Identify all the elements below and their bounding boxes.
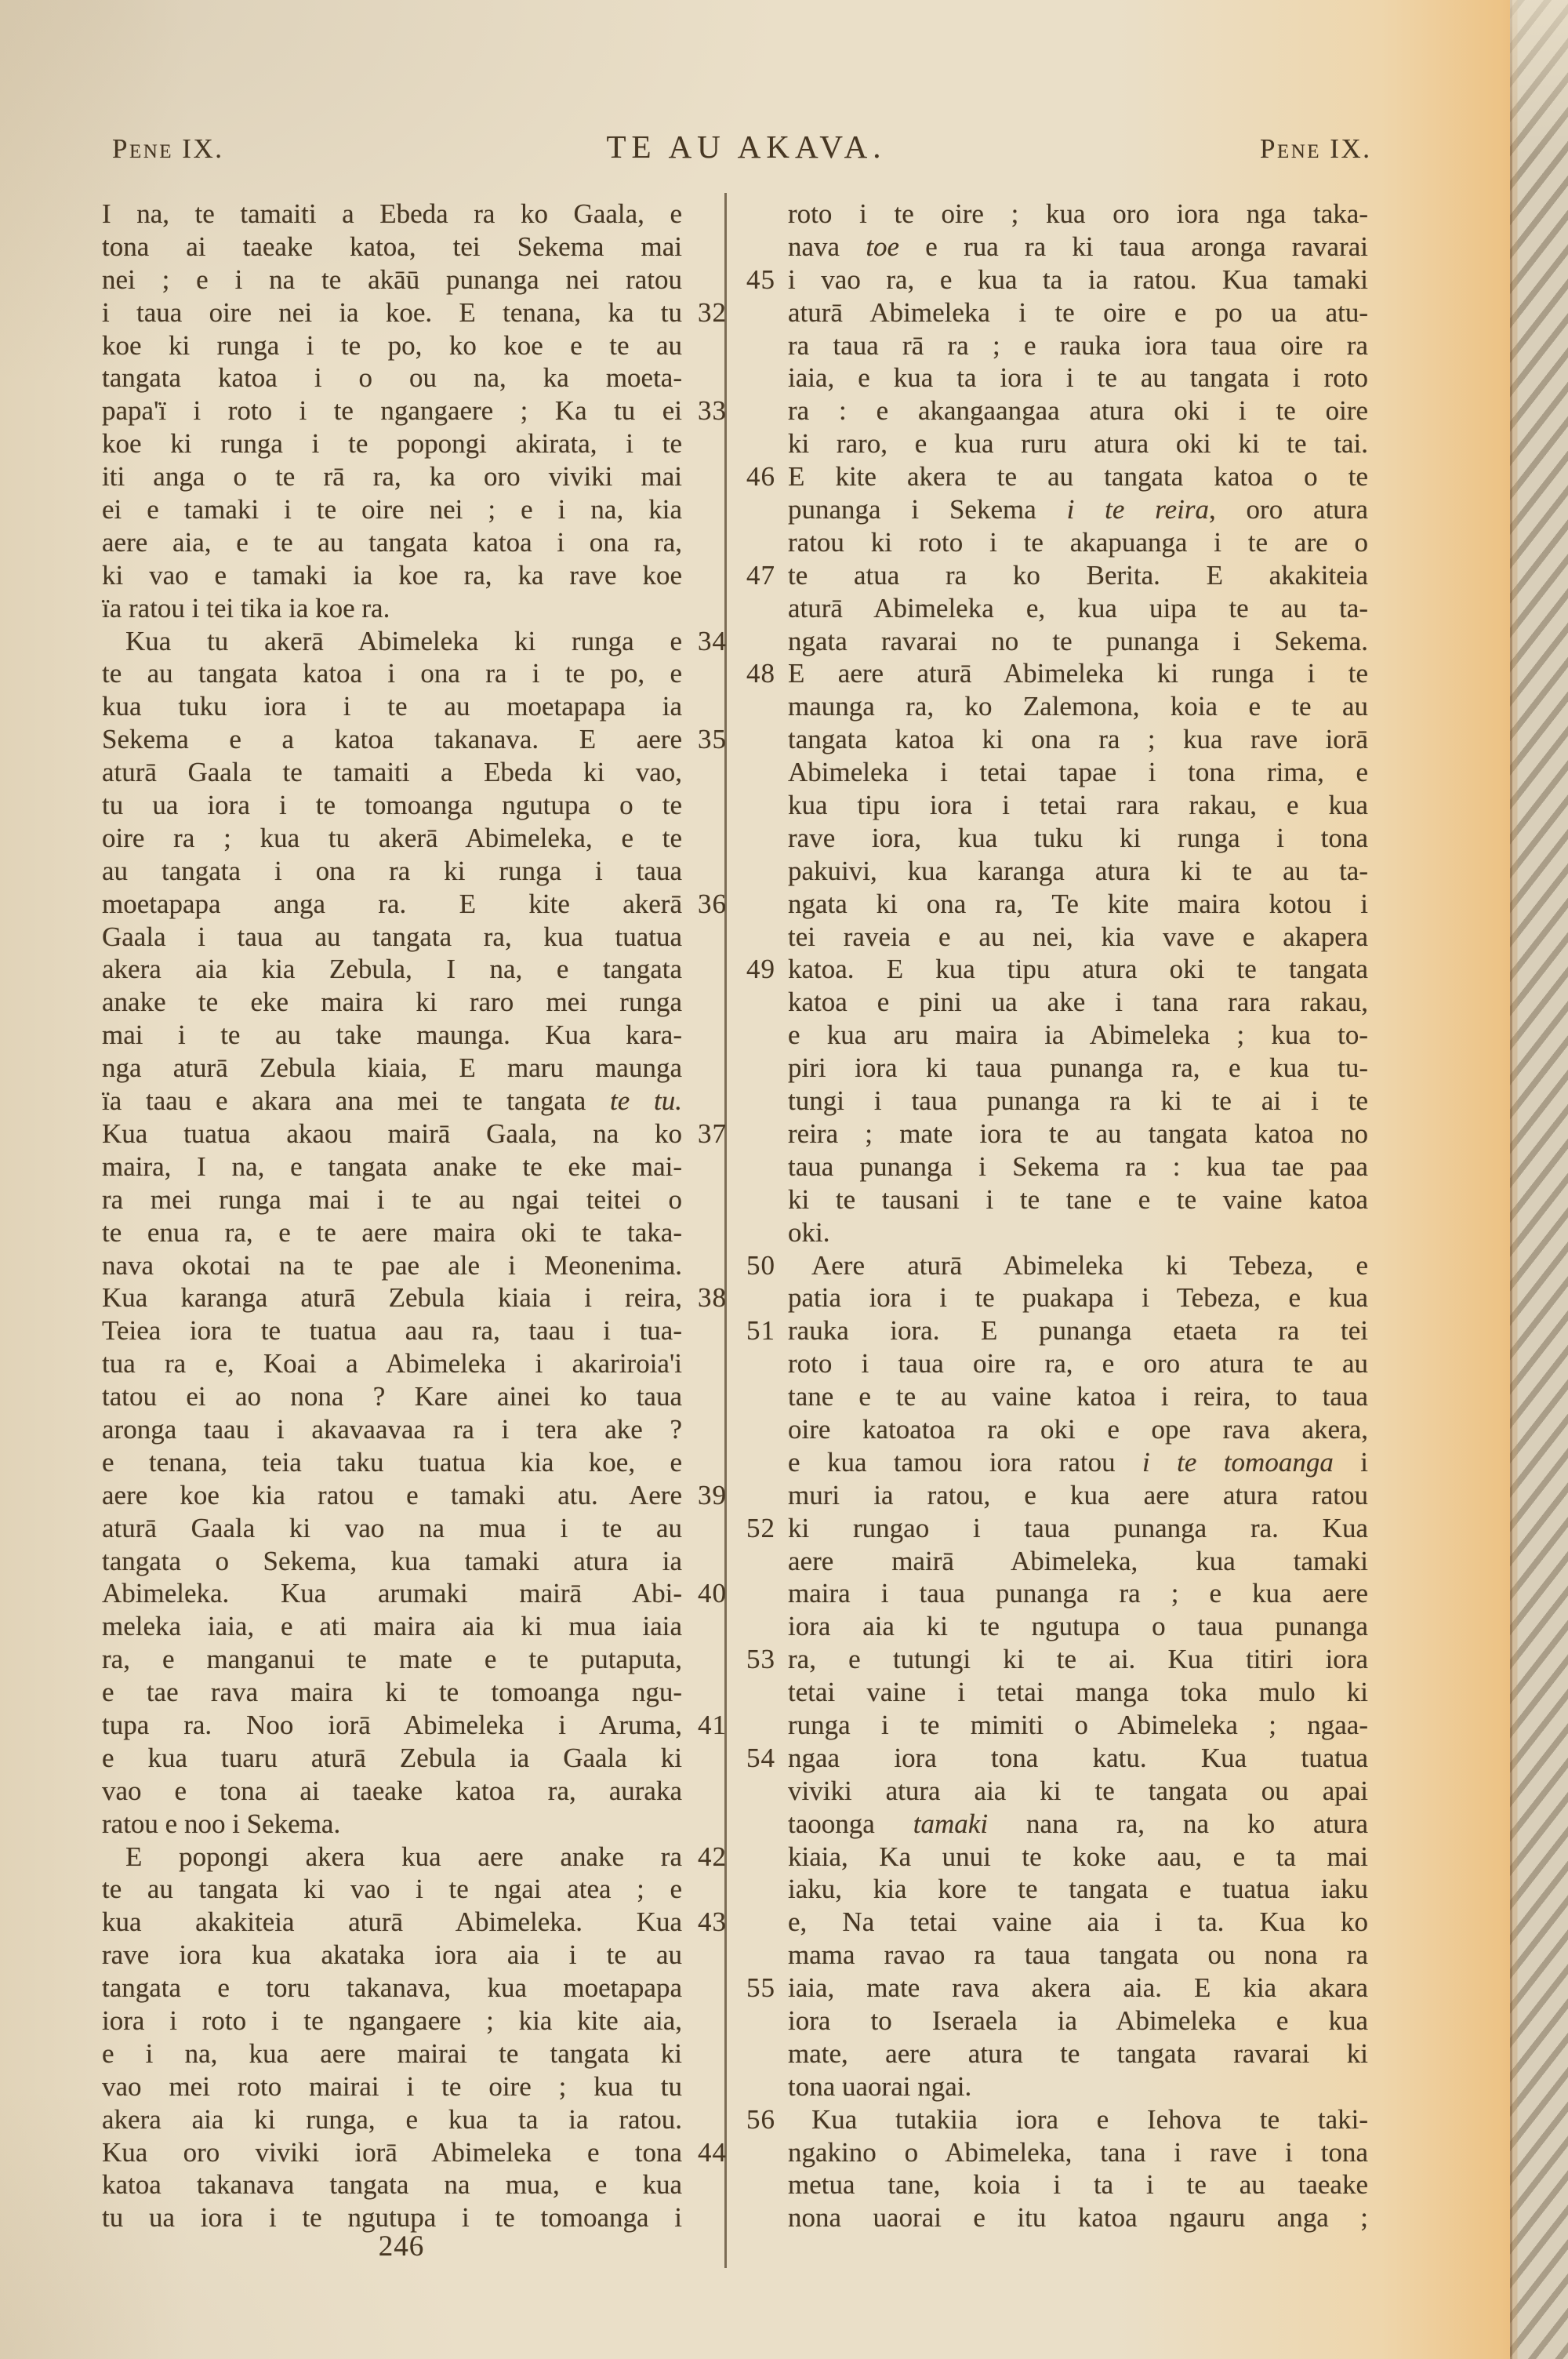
text-line: meleka iaia, e ati maira aia ki mua iaia — [102, 1610, 682, 1643]
text-line: Gaala i taua au tangata ra, kua tuatua — [102, 921, 682, 954]
text-line: koe ki runga i te popongi akirata, i te — [102, 427, 682, 460]
text-line: iora to Iseraela ia Abimeleka e kua — [788, 2005, 1368, 2037]
text-line: Kua tu akerā Abimeleka ki runga e34 — [102, 625, 682, 658]
text-line: e kua tamou iora ratou i te tomoanga i — [788, 1446, 1368, 1479]
text-line: aere koe kia ratou e tamaki atu. Aere39 — [102, 1479, 682, 1512]
text-line: punanga i Sekema i te reira, oro atura — [788, 493, 1368, 526]
text-line: taoonga tamaki nana ra, na ko atura — [788, 1808, 1368, 1841]
verse-number: 41 — [698, 1709, 727, 1742]
text-line: runga i te mimiti o Abimeleka ; ngaa- — [788, 1709, 1368, 1742]
text-line: katoa takanava tangata na mua, e kua — [102, 2168, 682, 2201]
text-line: aturā Abimeleka e, kua uipa te au ta- — [788, 592, 1368, 625]
text-line: maira, I na, e tangata anake te eke mai- — [102, 1150, 682, 1183]
text-line: rave iora kua akataka iora aia i te au — [102, 1939, 682, 1972]
verse-number: 32 — [698, 296, 727, 329]
text-line: E kite akera te au tangata katoa o te46 — [788, 460, 1368, 493]
text-line: tangata katoa i o ou na, ka moeta- — [102, 362, 682, 394]
text-line: tupa ra. Noo iorā Abimeleka i Aruma,41 — [102, 1709, 682, 1742]
text-line: tangata katoa ki ona ra ; kua rave iorā — [788, 723, 1368, 756]
text-line: anake te eke maira ki raro mei runga — [102, 986, 682, 1019]
verse-number: 50 — [746, 1249, 775, 1282]
verse-number: 38 — [698, 1281, 727, 1314]
verse-number: 53 — [746, 1643, 775, 1676]
text-line: vao mei roto mairai i te oire ; kua tu — [102, 2070, 682, 2103]
book-page: Pene IX. TE AU AKAVA. Pene IX. I na, te … — [0, 0, 1568, 2359]
page-number: 246 — [379, 2230, 425, 2263]
text-line: ratou e noo i Sekema. — [102, 1808, 682, 1841]
text-line: ïa taau e akara ana mei te tangata te tu… — [102, 1085, 682, 1118]
text-line: nga aturā Zebula kiaia, E maru maunga — [102, 1052, 682, 1085]
text-line: ra mei runga mai i te au ngai teitei o — [102, 1183, 682, 1216]
text-line: aere aia, e te au tangata katoa i ona ra… — [102, 526, 682, 559]
text-line: Kua tutakiia iora e Iehova te taki-56 — [788, 2103, 1368, 2136]
text-line: oki. — [788, 1216, 1368, 1249]
verse-number: 36 — [698, 888, 727, 921]
text-line: aturā Abimeleka i te oire e po ua atu- — [788, 296, 1368, 329]
text-line: Abimeleka. Kua arumaki mairā Abi-40 — [102, 1577, 682, 1610]
text-line: maira i taua punanga ra ; e kua aere — [788, 1577, 1368, 1610]
verse-number: 48 — [746, 657, 775, 690]
text-line: e tae rava maira ki te tomoanga ngu- — [102, 1676, 682, 1709]
text-line: patia iora i te puakapa i Tebeza, e kua — [788, 1281, 1368, 1314]
text-line: te au tangata ki vao i te ngai atea ; e — [102, 1873, 682, 1906]
text-line: ki raro, e kua ruru atura oki ki te tai. — [788, 427, 1368, 460]
text-line: Kua karanga aturā Zebula kiaia i reira,3… — [102, 1281, 682, 1314]
text-line: ïa ratou i tei tika ia koe ra. — [102, 592, 682, 625]
text-line: nava okotai na te pae ale i Meonenima. — [102, 1249, 682, 1282]
text-line: e kua aru maira ia Abimeleka ; kua to- — [788, 1019, 1368, 1052]
text-line: aere mairā Abimeleka, kua tamaki — [788, 1545, 1368, 1578]
text-line: mama ravao ra taua tangata ou nona ra — [788, 1939, 1368, 1972]
text-line: ki te tausani i te tane e te vaine katoa — [788, 1183, 1368, 1216]
text-line: e tenana, teia taku tuatua kia koe, e — [102, 1446, 682, 1479]
text-line: ra : e akangaangaa atura oki i te oire — [788, 394, 1368, 427]
book-title: TE AU AKAVA. — [606, 128, 886, 165]
text-line: metua tane, koia i ta i te au taeake — [788, 2168, 1368, 2201]
text-line: reira ; mate iora te au tangata katoa no — [788, 1118, 1368, 1150]
verse-number: 56 — [746, 2103, 775, 2136]
text-line: vao e tona ai taeake katoa ra, auraka — [102, 1775, 682, 1808]
text-line: I na, te tamaiti a Ebeda ra ko Gaala, e — [102, 198, 682, 231]
text-line: iaia, mate rava akera aia. E kia akara55 — [788, 1972, 1368, 2005]
text-line: kua akakiteia aturā Abimeleka. Kua43 — [102, 1906, 682, 1939]
text-line: e, Na tetai vaine aia i ta. Kua ko — [788, 1906, 1368, 1939]
text-line: tu ua iora i te tomoanga ngutupa o te — [102, 789, 682, 822]
text-line: Teiea iora te tuatua aau ra, taau i tua- — [102, 1314, 682, 1347]
text-line: taua punanga i Sekema ra : kua tae paa — [788, 1150, 1368, 1183]
text-line: nei ; e i na te akāū punanga nei ratou — [102, 264, 682, 296]
text-line: iaia, e kua ta iora i te au tangata i ro… — [788, 362, 1368, 394]
verse-number: 39 — [698, 1479, 727, 1512]
text-line: akera aia kia Zebula, I na, e tangata — [102, 953, 682, 986]
text-line: ngata ki ona ra, Te kite maira kotou i — [788, 888, 1368, 921]
verse-number: 45 — [746, 264, 775, 296]
text-line: E aere aturā Abimeleka ki runga i te48 — [788, 657, 1368, 690]
verse-number: 43 — [698, 1906, 727, 1939]
column-rule — [724, 193, 727, 2268]
text-line: ki rungao i taua punanga ra. Kua52 — [788, 1512, 1368, 1545]
text-line: tungi i taua punanga ra ki te ai i te — [788, 1085, 1368, 1118]
text-line: Aere aturā Abimeleka ki Tebeza, e50 — [788, 1249, 1368, 1282]
verse-number: 47 — [746, 559, 775, 592]
verse-number: 49 — [746, 953, 775, 986]
text-line: piri iora ki taua punanga ra, e kua tu- — [788, 1052, 1368, 1085]
text-line: tei raveia e au nei, kia vave e akapera — [788, 921, 1368, 954]
text-line: pakuivi, kua karanga atura ki te au ta- — [788, 855, 1368, 888]
text-line: tangata o Sekema, kua tamaki atura ia — [102, 1545, 682, 1578]
text-line: oire ra ; kua tu akerā Abimeleka, e te — [102, 822, 682, 855]
text-line: iora aia ki te ngutupa o taua punanga — [788, 1610, 1368, 1643]
text-line: nona uaorai e itu katoa ngauru anga ; — [788, 2201, 1368, 2234]
text-line: tetai vaine i tetai manga toka mulo ki — [788, 1676, 1368, 1709]
text-line: aturā Gaala te tamaiti a Ebeda ki vao, — [102, 756, 682, 789]
text-line: papa'ï i roto i te ngangaere ; Ka tu ei3… — [102, 394, 682, 427]
text-line: te atua ra ko Berita. E akakiteia47 — [788, 559, 1368, 592]
text-line: Kua tuatua akaou mairā Gaala, na ko37 — [102, 1118, 682, 1150]
text-line: ra, e tutungi ki te ai. Kua titiri iora5… — [788, 1643, 1368, 1676]
text-line: tua ra e, Koai a Abimeleka i akariroia'i — [102, 1347, 682, 1380]
text-line: tane e te au vaine katoa i reira, to tau… — [788, 1380, 1368, 1413]
text-line: ra, e manganui te mate e te putaputa, — [102, 1643, 682, 1676]
verse-number: 52 — [746, 1512, 775, 1545]
text-line: iora i roto i te ngangaere ; kia kite ai… — [102, 2005, 682, 2037]
verse-number: 40 — [698, 1577, 727, 1610]
text-line: rave iora, kua tuku ki runga i tona — [788, 822, 1368, 855]
text-line: moetapapa anga ra. E kite akerā36 — [102, 888, 682, 921]
text-line: nava toe e rua ra ki taua aronga ravarai — [788, 231, 1368, 264]
text-line: mate, aere atura te tangata ravarai ki — [788, 2037, 1368, 2070]
text-line: katoa. E kua tipu atura oki te tangata49 — [788, 953, 1368, 986]
text-line: iti anga o te rā ra, ka oro viviki mai — [102, 460, 682, 493]
verse-number: 33 — [698, 394, 727, 427]
verse-number: 55 — [746, 1972, 775, 2005]
text-line: tona ai taeake katoa, tei Sekema mai — [102, 231, 682, 264]
text-line: aturā Gaala ki vao na mua i te au — [102, 1512, 682, 1545]
text-line: iaku, kia kore te tangata e tuatua iaku — [788, 1873, 1368, 1906]
text-line: akera aia ki runga, e kua ta ia ratou. — [102, 2103, 682, 2136]
text-line: te enua ra, e te aere maira oki te taka- — [102, 1216, 682, 1249]
text-line: oire katoatoa ra oki e ope rava akera, — [788, 1413, 1368, 1446]
text-line: maunga ra, ko Zalemona, koia e te au — [788, 690, 1368, 723]
text-line: Kua oro viviki iorā Abimeleka e tona44 — [102, 2136, 682, 2169]
verse-number: 37 — [698, 1118, 727, 1150]
text-line: katoa e pini ua ake i tana rara rakau, — [788, 986, 1368, 1019]
text-line: au tangata i ona ra ki runga i taua — [102, 855, 682, 888]
text-line: kua tipu iora i tetai rara rakau, e kua — [788, 789, 1368, 822]
verse-number: 42 — [698, 1841, 727, 1874]
verse-number: 54 — [746, 1742, 775, 1775]
text-line: viviki atura aia ki te tangata ou apai — [788, 1775, 1368, 1808]
text-line: tona uaorai ngai. — [788, 2070, 1368, 2103]
verse-number: 51 — [746, 1314, 775, 1347]
text-line: e kua tuaru aturā Zebula ia Gaala ki — [102, 1742, 682, 1775]
text-line: e i na, kua aere mairai te tangata ki — [102, 2037, 682, 2070]
text-line: kua tuku iora i te au moetapapa ia — [102, 690, 682, 723]
right-text-column: roto i te oire ; kua oro iora nga taka-n… — [788, 198, 1368, 2234]
verse-number: 44 — [698, 2136, 727, 2169]
text-line: muri ia ratou, e kua aere atura ratou — [788, 1479, 1368, 1512]
text-line: te au tangata katoa i ona ra i te po, e — [102, 657, 682, 690]
text-line: ratou ki roto i te akapuanga i te are o — [788, 526, 1368, 559]
running-head-left: Pene IX. — [112, 133, 224, 165]
text-line: i vao ra, e kua ta ia ratou. Kua tamaki4… — [788, 264, 1368, 296]
text-line: ngata ravarai no te punanga i Sekema. — [788, 625, 1368, 658]
text-line: roto i taua oire ra, e oro atura te au — [788, 1347, 1368, 1380]
book-fore-edge-pages — [1510, 0, 1568, 2359]
verse-number: 34 — [698, 625, 727, 658]
text-line: roto i te oire ; kua oro iora nga taka- — [788, 198, 1368, 231]
text-line: ra taua rā ra ; e rauka iora taua oire r… — [788, 329, 1368, 362]
text-line: kiaia, Ka unui te koke aau, e ta mai — [788, 1841, 1368, 1874]
text-line: rauka iora. E punanga etaeta ra tei51 — [788, 1314, 1368, 1347]
text-line: tatou ei ao nona ? Kare ainei ko taua — [102, 1380, 682, 1413]
text-line: tangata e toru takanava, kua moetapapa — [102, 1972, 682, 2005]
text-line: ngaa iora tona katu. Kua tuatua54 — [788, 1742, 1368, 1775]
book-scan: Pene IX. TE AU AKAVA. Pene IX. I na, te … — [0, 0, 1568, 2359]
text-line: E popongi akera kua aere anake ra42 — [102, 1841, 682, 1874]
running-head-right: Pene IX. — [1260, 133, 1372, 165]
text-line: Abimeleka i tetai tapae i tona rima, e — [788, 756, 1368, 789]
text-line: ngakino o Abimeleka, tana i rave i tona — [788, 2136, 1368, 2169]
left-text-column: I na, te tamaiti a Ebeda ra ko Gaala, et… — [102, 198, 682, 2234]
text-line: Sekema e a katoa takanava. E aere35 — [102, 723, 682, 756]
text-line: mai i te au take maunga. Kua kara- — [102, 1019, 682, 1052]
text-line: ki vao e tamaki ia koe ra, ka rave koe — [102, 559, 682, 592]
text-line: i taua oire nei ia koe. E tenana, ka tu3… — [102, 296, 682, 329]
verse-number: 46 — [746, 460, 775, 493]
text-line: aronga taau i akavaavaa ra i tera ake ? — [102, 1413, 682, 1446]
verse-number: 35 — [698, 723, 727, 756]
text-line: koe ki runga i te po, ko koe e te au — [102, 329, 682, 362]
text-line: ei e tamaki i te oire nei ; e i na, kia — [102, 493, 682, 526]
